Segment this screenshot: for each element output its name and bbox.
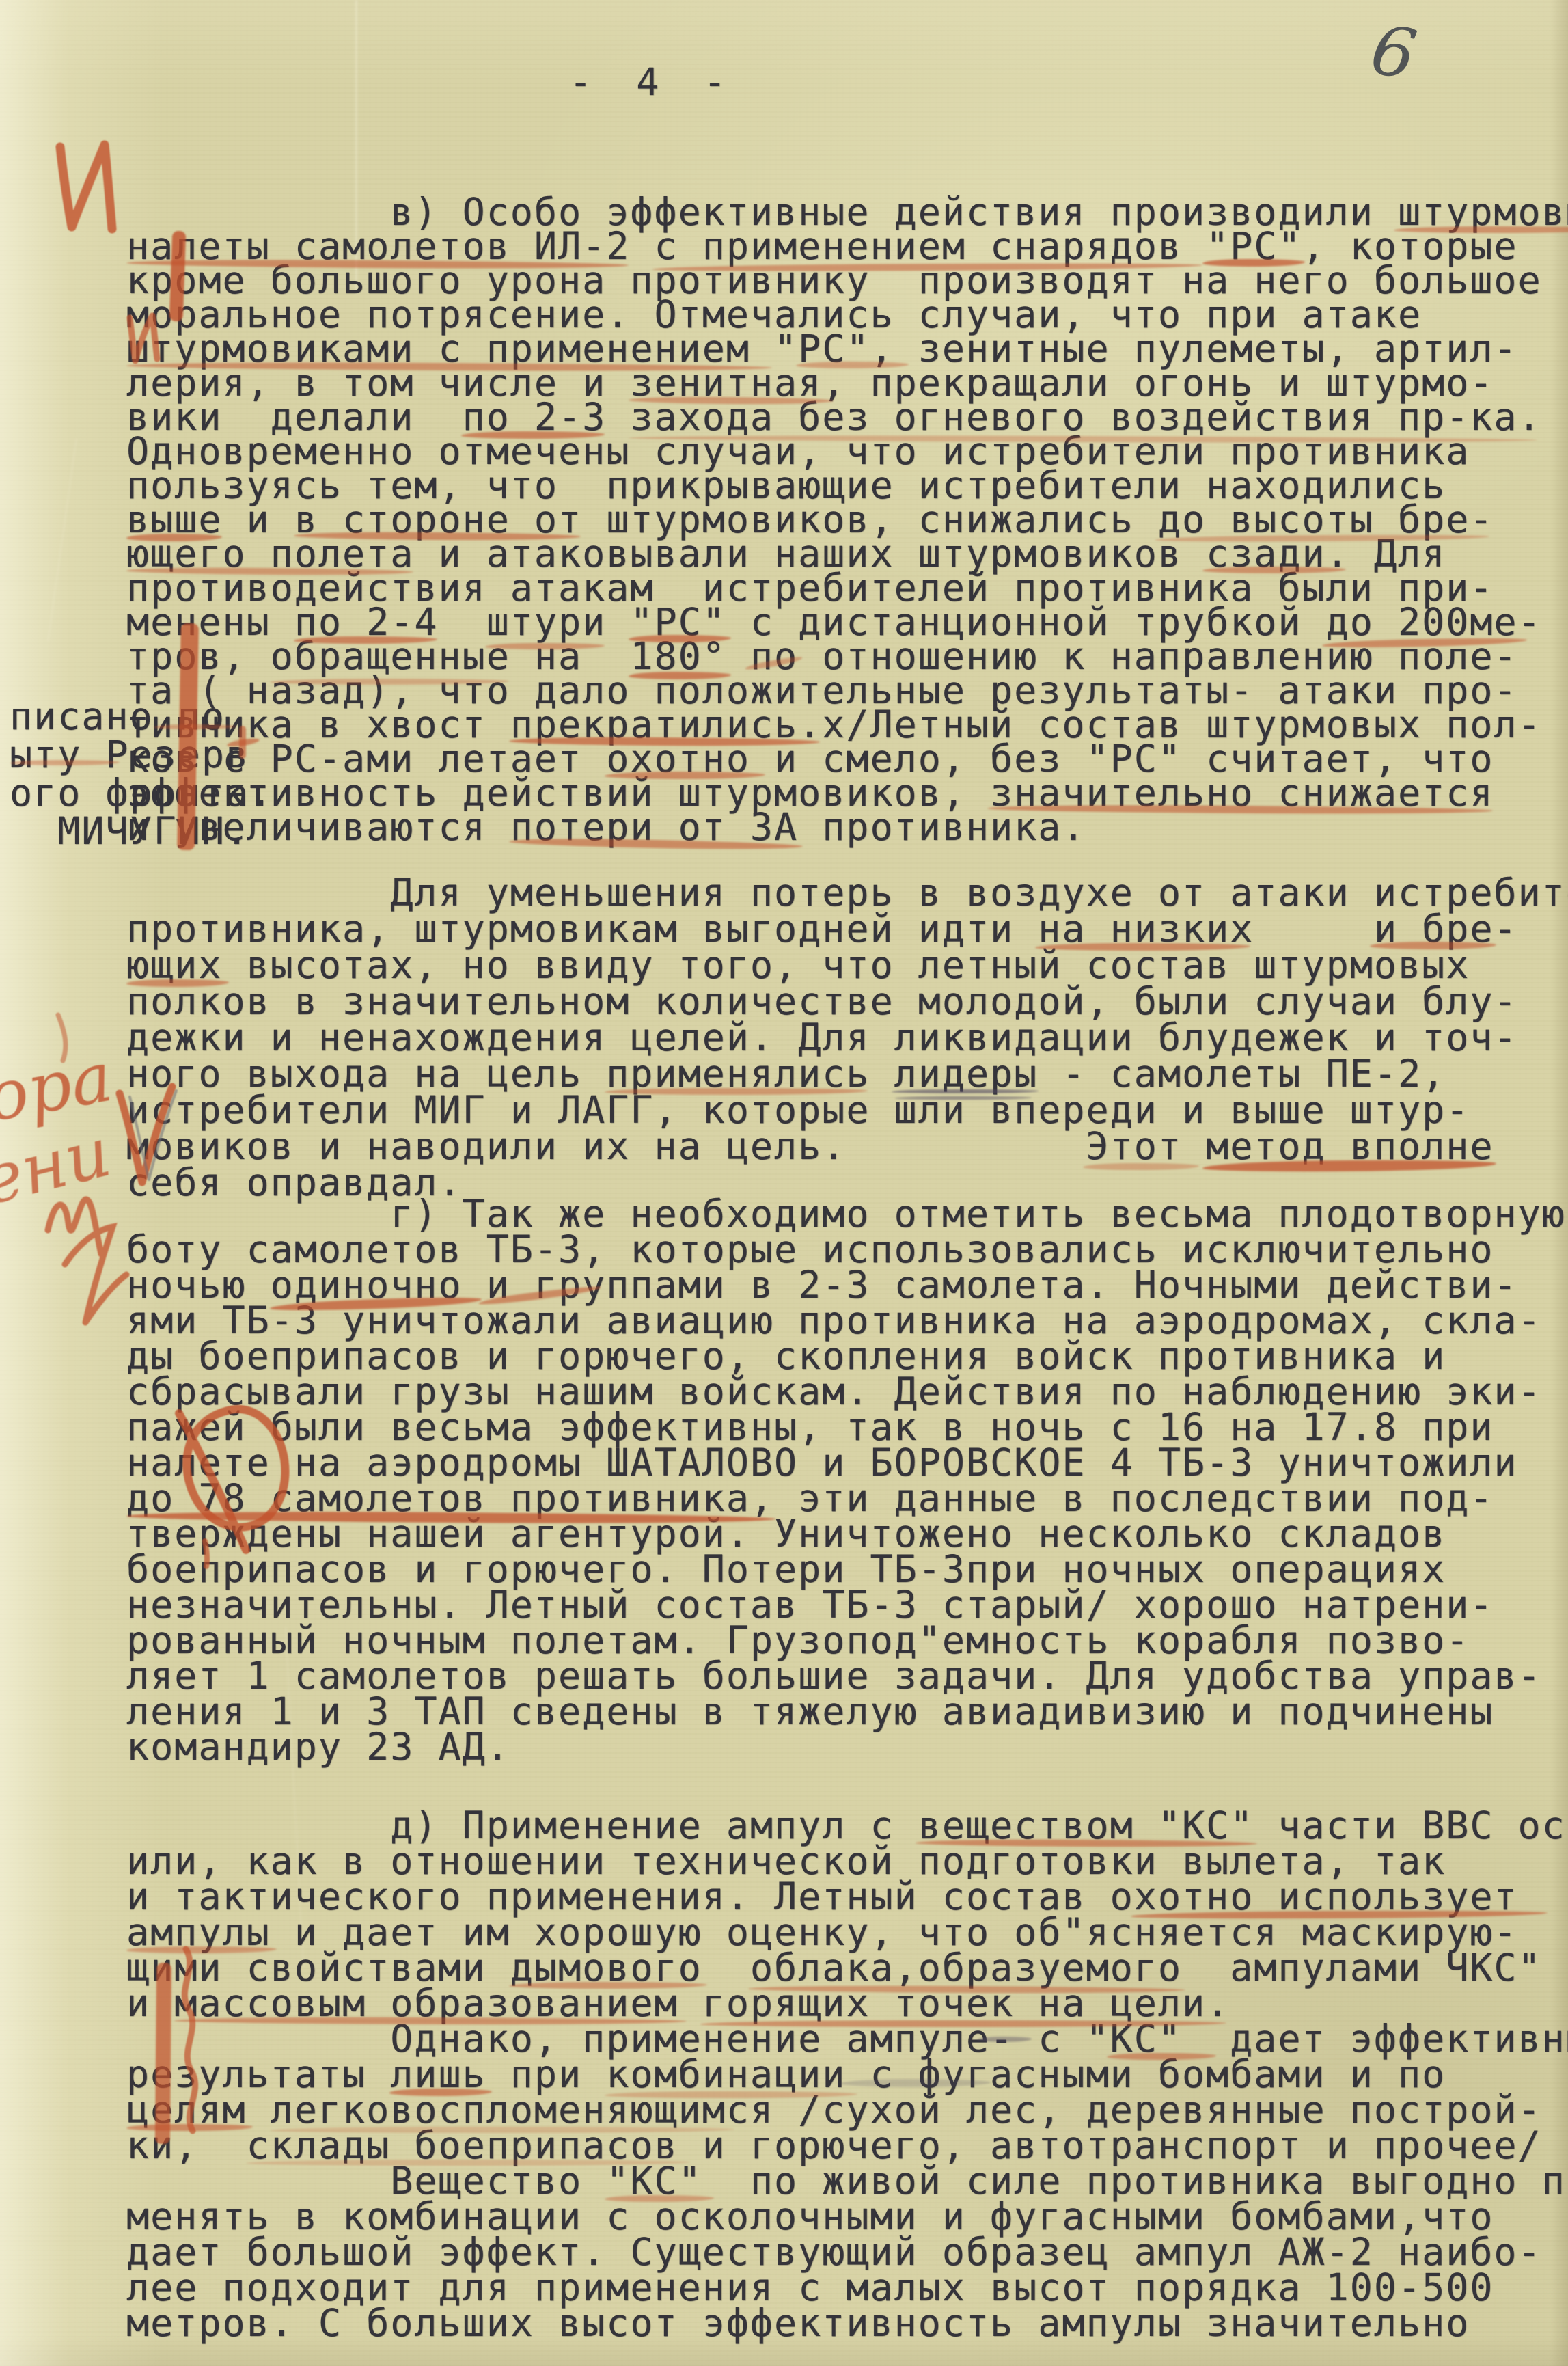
pencil-circle-slash-mark: [179, 1409, 285, 1550]
pencil-no-mark: [60, 145, 112, 229]
pencil-comma-tick: [205, 1541, 207, 1566]
document-page-scan: - 4 - 6 писано по ыту Резерв ого фронта.…: [0, 0, 1568, 2366]
pencil-scribble-flourish: [48, 1199, 126, 1322]
pencil-small-tick: [58, 1015, 66, 1061]
pencil-n-scribble: [130, 316, 157, 361]
pencil-marks-layer: [0, 0, 1568, 2366]
pencil-wavy-vertical: [184, 1949, 195, 2131]
